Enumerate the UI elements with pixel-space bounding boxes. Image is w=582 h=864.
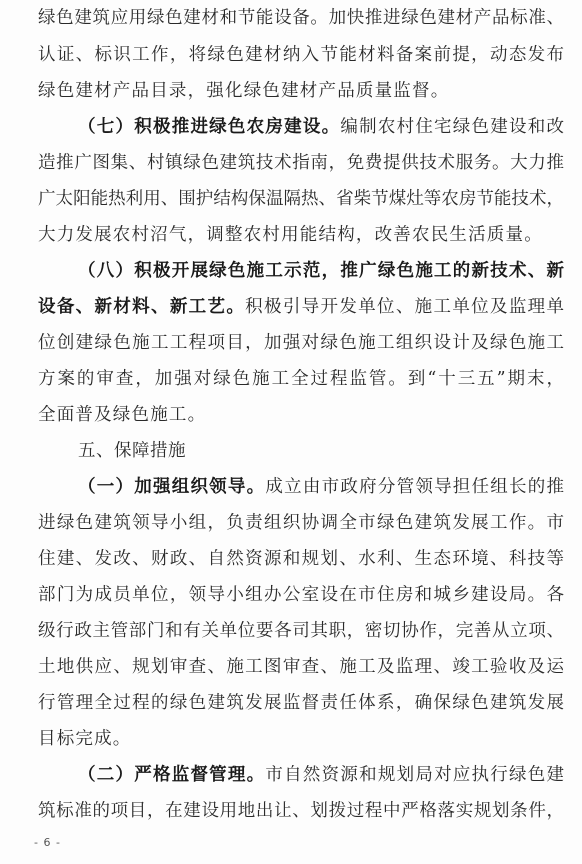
text-line: 进绿色建筑领导小组，负责组织协调全市绿色建筑发展工作。市 xyxy=(38,508,564,538)
line-text: 目标完成。 xyxy=(38,729,132,749)
text-line: 认证、标识工作，将绿色建材纳入节能材料备案前提，动态发布 xyxy=(38,40,564,70)
section-8-first-line: （八）积极开展绿色施工示范，推广绿色施工的新技术、新 xyxy=(78,256,564,286)
text-line: 广太阳能热利用、围护结构保温隔热、省柴节煤灶等农房节能技术， xyxy=(38,184,564,214)
line-text: 位创建绿色施工工程项目，加强对绿色施工组织设计及绿色施工 xyxy=(38,333,564,353)
chapter-5-title: 五、保障措施 xyxy=(78,441,186,461)
document-page: 绿色建筑应用绿色建材和节能设备。加快推进绿色建材产品标准、 认证、标识工作，将绿… xyxy=(0,0,582,864)
line-text: 成立由市政府分管领导担任组长的推 xyxy=(265,477,564,497)
line-text: 进绿色建筑领导小组，负责组织协调全市绿色建筑发展工作。市 xyxy=(38,513,564,533)
text-line: 大力发展农村沼气，调整农村用能结构，改善农民生活质量。 xyxy=(38,220,564,250)
line-text: 市自然资源和规划局对应执行绿色建 xyxy=(265,765,564,785)
line-text: 编制农村住宅绿色建设和改 xyxy=(340,117,564,137)
text-line: 住建、发改、财政、自然资源和规划、水利、生态环境、科技等 xyxy=(38,544,564,574)
text-line: 部门为成员单位，领导小组办公室设在市住房和城乡建设局。各 xyxy=(38,580,564,610)
line-text: 广太阳能热利用、围护结构保温隔热、省柴节煤灶等农房节能技术， xyxy=(38,189,564,209)
section-1-heading: （一）加强组织领导。 xyxy=(78,477,265,497)
line-text: 造推广图集、村镇绿色建筑技术指南，免费提供技术服务。大力推 xyxy=(38,153,564,173)
line-text: 部门为成员单位，领导小组办公室设在市住房和城乡建设局。各 xyxy=(38,585,564,605)
line-text: 级行政主管部门和有关单位要各司其职，密切协作，完善从立项、 xyxy=(38,621,564,641)
section-8-heading-cont: 设备、新材料、新工艺。 xyxy=(38,297,245,317)
line-text: 全面普及绿色施工。 xyxy=(38,405,206,425)
section-2-heading: （二）严格监督管理。 xyxy=(78,765,265,785)
text-line: 行管理全过程的绿色建筑发展监督责任体系，确保绿色建筑发展 xyxy=(38,688,564,718)
line-text: 住建、发改、财政、自然资源和规划、水利、生态环境、科技等 xyxy=(38,549,564,569)
text-line: 目标完成。 xyxy=(38,724,564,754)
section-7-first-line: （七）积极推进绿色农房建设。编制农村住宅绿色建设和改 xyxy=(78,112,564,142)
line-text: 筑标准的项目，在建设用地出让、划拨过程中严格落实规划条件， xyxy=(38,801,564,821)
text-line: 方案的审查，加强对绿色施工全过程监管。到“十三五”期末， xyxy=(38,364,564,394)
text-line: 位创建绿色施工工程项目，加强对绿色施工组织设计及绿色施工 xyxy=(38,328,564,358)
line-text: 积极引导开发单位、施工单位及监理单 xyxy=(245,297,564,317)
text-line: 土地供应、规划审查、施工图审查、施工及监理、竣工验收及运 xyxy=(38,652,564,682)
chapter-heading: 五、保障措施 xyxy=(78,436,186,466)
text-line: 筑标准的项目，在建设用地出让、划拨过程中严格落实规划条件， xyxy=(38,796,564,826)
text-line: 级行政主管部门和有关单位要各司其职，密切协作，完善从立项、 xyxy=(38,616,564,646)
section-2-first-line: （二）严格监督管理。市自然资源和规划局对应执行绿色建 xyxy=(78,760,564,790)
line-text: 方案的审查，加强对绿色施工全过程监管。到“十三五”期末， xyxy=(38,369,564,389)
text-line: 绿色建筑应用绿色建材和节能设备。加快推进绿色建材产品标准、 xyxy=(38,3,564,33)
page-number: - 6 - xyxy=(34,836,61,849)
text-line: 绿色建材产品目录，强化绿色建材产品质量监督。 xyxy=(38,76,564,106)
line-text: 绿色建材产品目录，强化绿色建材产品质量监督。 xyxy=(38,81,449,101)
line-text: 行管理全过程的绿色建筑发展监督责任体系，确保绿色建筑发展 xyxy=(38,693,564,713)
line-text: 绿色建筑应用绿色建材和节能设备。加快推进绿色建材产品标准、 xyxy=(38,8,564,28)
line-text: 土地供应、规划审查、施工图审查、施工及监理、竣工验收及运 xyxy=(38,657,564,677)
section-1-first-line: （一）加强组织领导。成立由市政府分管领导担任组长的推 xyxy=(78,472,564,502)
text-line: 全面普及绿色施工。 xyxy=(38,400,564,430)
text-line: 造推广图集、村镇绿色建筑技术指南，免费提供技术服务。大力推 xyxy=(38,148,564,178)
section-8-heading: （八）积极开展绿色施工示范，推广绿色施工的新技术、新 xyxy=(78,261,564,281)
line-text: 认证、标识工作，将绿色建材纳入节能材料备案前提，动态发布 xyxy=(38,45,564,65)
line-text: 大力发展农村沼气，调整农村用能结构，改善农民生活质量。 xyxy=(38,225,543,245)
text-line: 设备、新材料、新工艺。积极引导开发单位、施工单位及监理单 xyxy=(38,292,564,322)
section-7-heading: （七）积极推进绿色农房建设。 xyxy=(78,117,340,137)
